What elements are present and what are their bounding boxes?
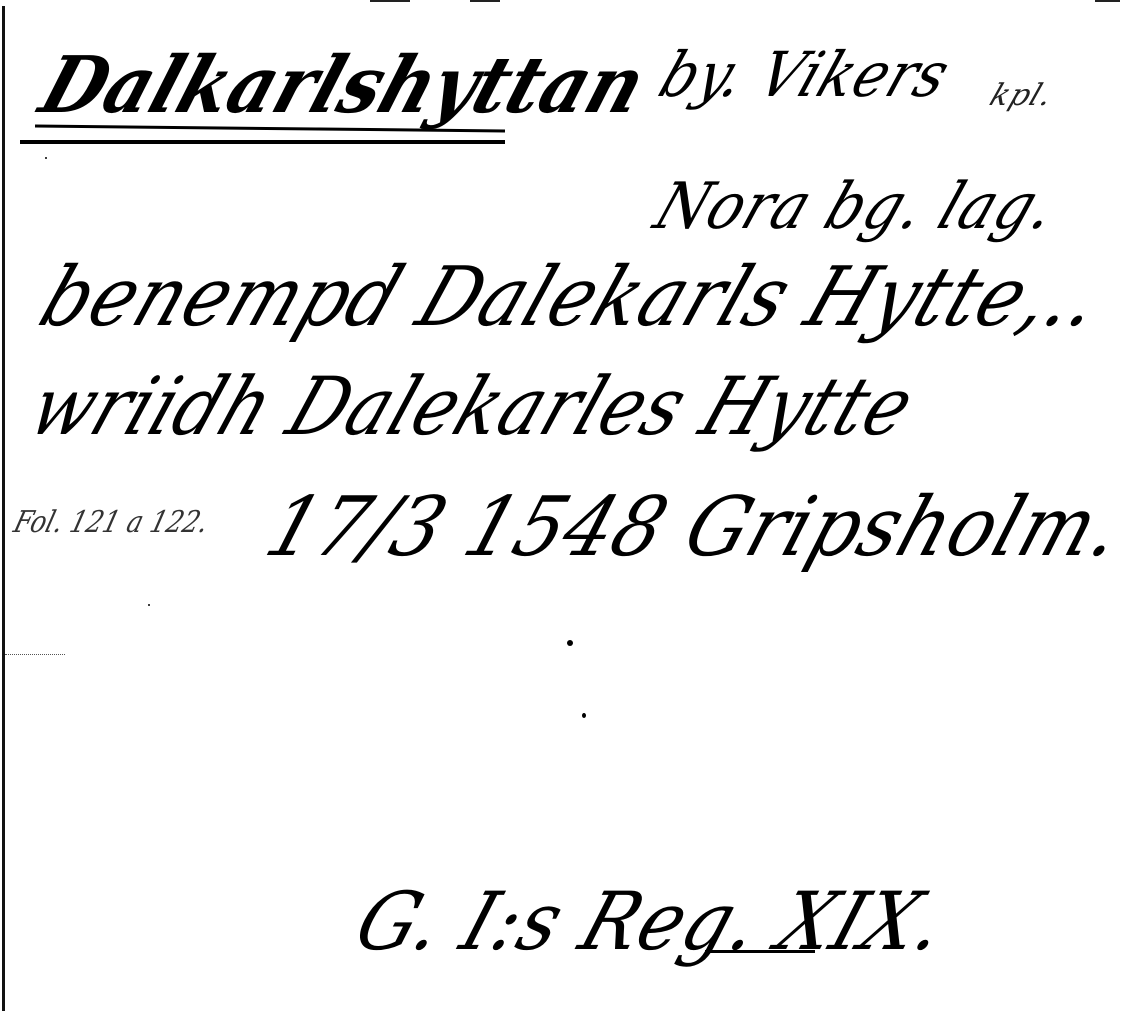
ink-speck [148,604,150,606]
dotted-rule [5,654,65,655]
ink-speck [45,157,47,159]
place-name-heading: Dalkarlshyttan [30,40,656,131]
name-form-entry: wriidh Dalekarles Hytte [18,360,927,453]
folio-margin-note: Fol. 121 a 122. [10,505,212,540]
parish-suffix: kpl. [985,78,1058,113]
reference-numeral-underline [705,950,815,953]
top-edge-mark [370,0,410,2]
parish-label: by. Vikers [650,38,960,111]
heading-double-underline [20,140,505,144]
district-label: Nora bg. lag. [645,170,1067,244]
source-date-line: 17/3 1548 Gripsholm. [255,480,1135,575]
top-edge-mark [470,0,500,2]
top-edge-mark [1095,0,1120,2]
card-left-border [2,6,5,1011]
index-card: Dalkarlshyttan by. Vikers kpl. Nora bg. … [0,0,1137,1011]
source-place: Gripsholm. [674,480,1135,575]
source-date: 17/3 1548 [255,480,680,575]
ink-speck [567,640,573,646]
name-form-entry: benempd Dalekarls Hytte,.. [28,250,1115,345]
archive-reference: G. I:s Reg. XIX. [345,875,958,968]
ink-speck [582,713,586,718]
